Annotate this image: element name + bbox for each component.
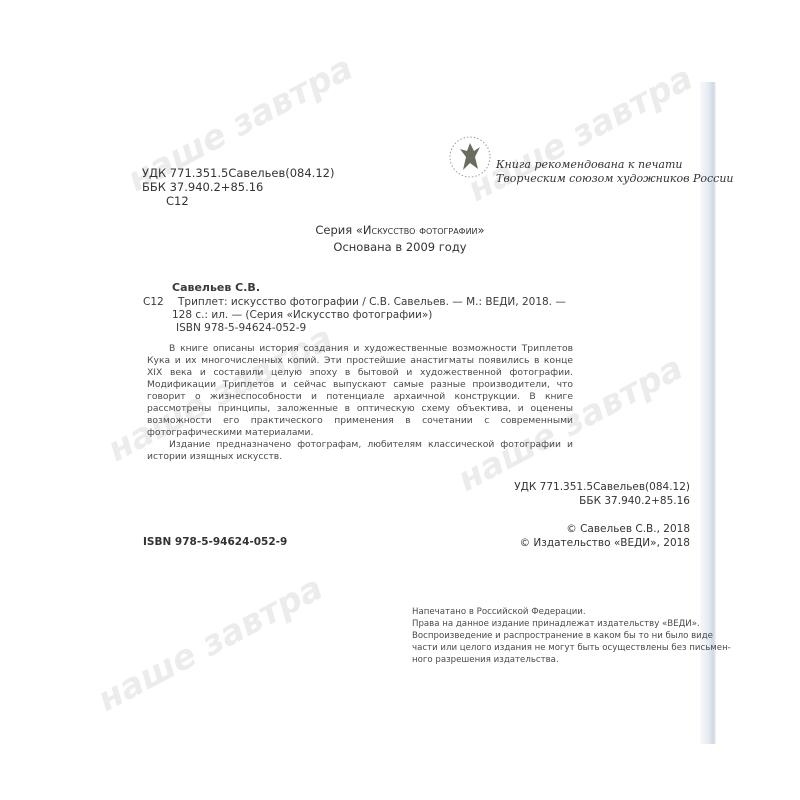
bbk-code-bottom: ББК 37.940.2+85.16 xyxy=(514,495,690,509)
imprint-line: Воспроизведение и распространение в како… xyxy=(412,630,731,642)
recommendation-line-1: Книга рекомендована к печати xyxy=(496,158,734,172)
catalog-line-1: Триплет: искусство фотографии / С.В. Сав… xyxy=(178,296,566,310)
series-founded: Основана в 2009 году xyxy=(0,239,800,256)
annotation-paragraph: В книге описаны история создания и худож… xyxy=(147,343,573,439)
classification-bottom: УДК 771.351.5Савельев(084.12) ББК 37.940… xyxy=(514,481,690,508)
author-sign: С12 xyxy=(142,194,334,208)
series-block: Серия «Искусство фотографии» Основана в … xyxy=(0,222,800,256)
isbn-bottom: ISBN 978-5-94624-052-9 xyxy=(143,536,287,548)
imprint-line: ного разрешения издательства. xyxy=(412,654,731,666)
imprint-line: Напечатано в Российской Федерации. xyxy=(412,606,731,618)
udk-code-bottom: УДК 771.351.5Савельев(084.12) xyxy=(514,481,690,495)
imprint-block: Напечатано в Российской Федерации. Права… xyxy=(412,606,731,666)
classification-top: УДК 771.351.5Савельев(084.12) ББК 37.940… xyxy=(142,166,334,208)
imprint-line: Права на данное издание принадлежат изда… xyxy=(412,618,731,630)
recommendation-line-2: Творческим союзом художников России xyxy=(496,172,734,186)
union-of-artists-emblem-icon xyxy=(448,135,492,179)
copyright-author: © Савельев С.В., 2018 xyxy=(520,523,690,537)
annotation-paragraph: Издание предназначено фотографам, любите… xyxy=(147,439,573,463)
catalog-line-2: 128 с.: ил. — (Серия «Искусство фотограф… xyxy=(172,309,432,323)
udk-code: УДК 771.351.5Савельев(084.12) xyxy=(142,166,334,180)
bbk-code: ББК 37.940.2+85.16 xyxy=(142,180,334,194)
series-title: Серия «Искусство фотографии» xyxy=(0,222,800,239)
copyright-publisher: © Издательство «ВЕДИ», 2018 xyxy=(520,537,690,551)
imprint-line: части или целого издания не могут быть о… xyxy=(412,642,731,654)
author-heading: Савельев С.В. xyxy=(172,281,260,296)
catalog-code: С12 xyxy=(143,296,164,310)
watermark: наше завтра xyxy=(91,568,329,720)
catalog-isbn: ISBN 978-5-94624-052-9 xyxy=(176,322,306,336)
annotation: В книге описаны история создания и худож… xyxy=(147,343,573,463)
copyright-block: © Савельев С.В., 2018 © Издательство «ВЕ… xyxy=(520,523,690,550)
recommendation-text: Книга рекомендована к печати Творческим … xyxy=(496,158,734,186)
watermark: наше завтра xyxy=(461,58,699,210)
series-name: Искусство фотографии xyxy=(363,223,478,237)
